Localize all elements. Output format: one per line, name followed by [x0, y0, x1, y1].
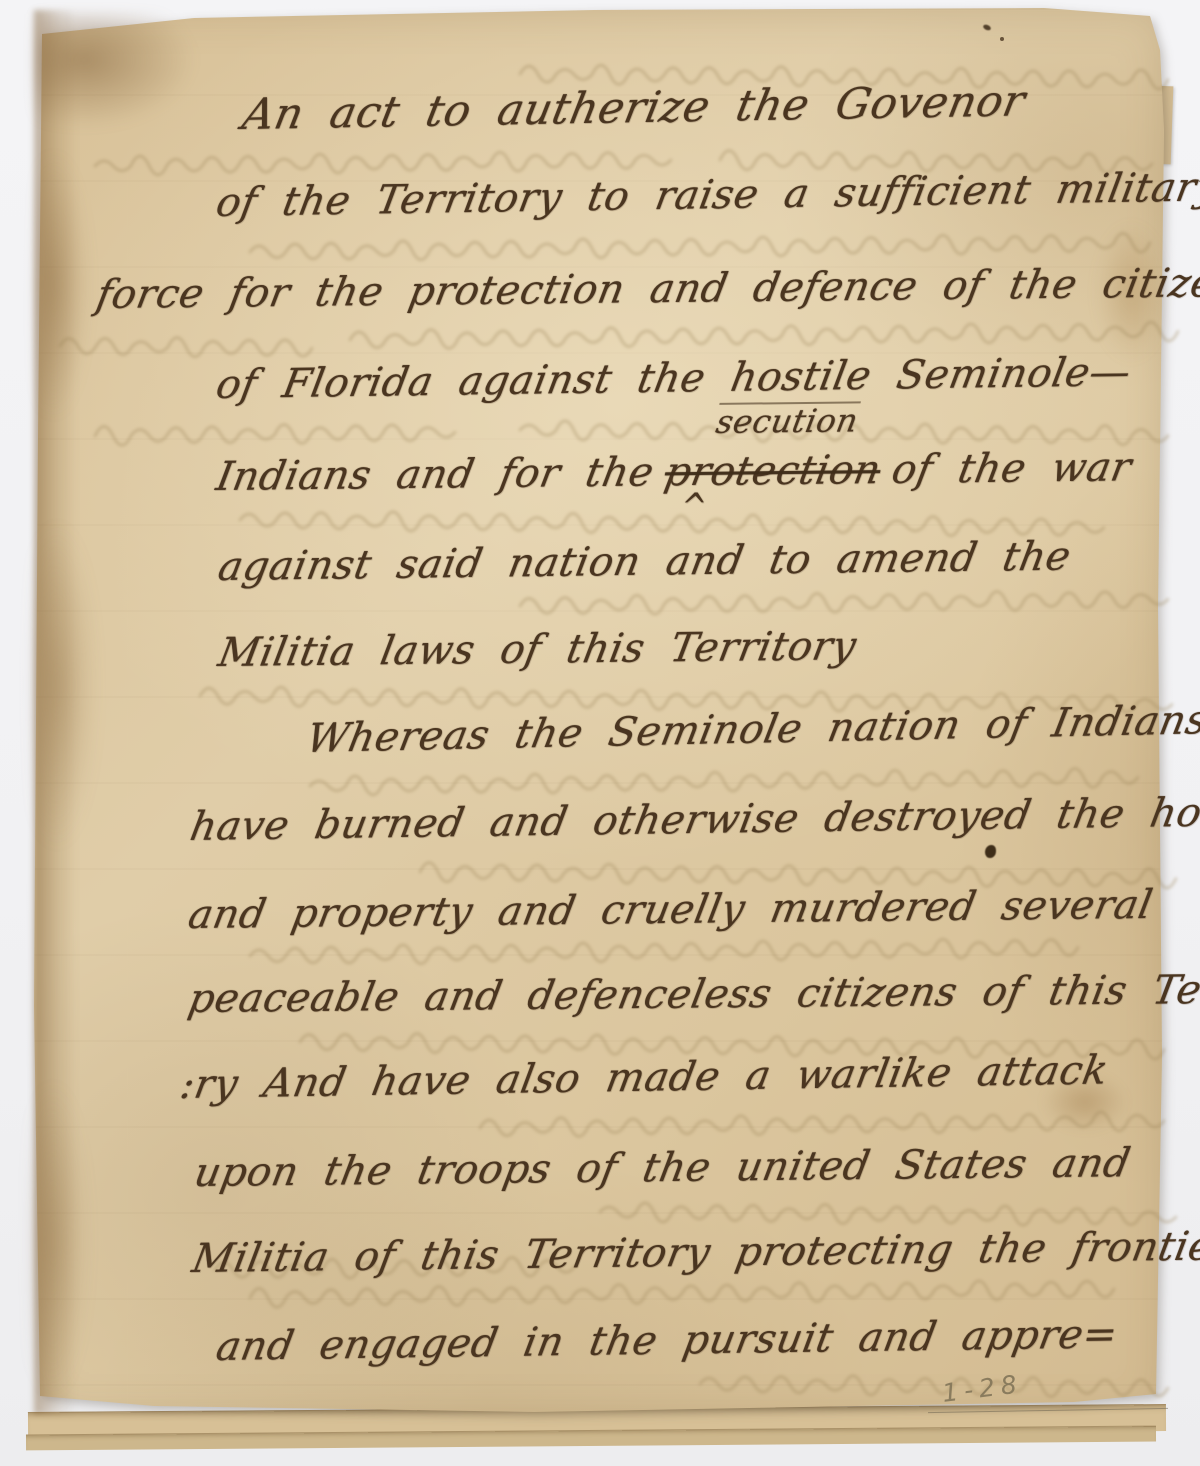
manuscript-line: force for the protection and defence of …: [92, 256, 1200, 322]
manuscript-line: Militia laws of this Territory: [214, 619, 861, 680]
scan-background: An act to autherize the Govenor of the T…: [0, 0, 1200, 1466]
manuscript-line: upon the troops of the united States and: [190, 1136, 1135, 1200]
line-text-before: Indians and for the: [213, 449, 658, 500]
line-text-after: of the war: [888, 444, 1135, 492]
manuscript-line: peaceable and defenceless citizens of th…: [184, 962, 1200, 1026]
correction-group: secutionprotection^: [660, 443, 885, 499]
manuscript-line-with-correction: Indians and for thesecutionprotection^of…: [212, 440, 1136, 504]
manuscript-line: and property and cruelly murdered severa…: [184, 878, 1157, 942]
manuscript-line: against said nation and to amend the: [214, 530, 1075, 594]
inserted-word: secution: [714, 401, 862, 437]
